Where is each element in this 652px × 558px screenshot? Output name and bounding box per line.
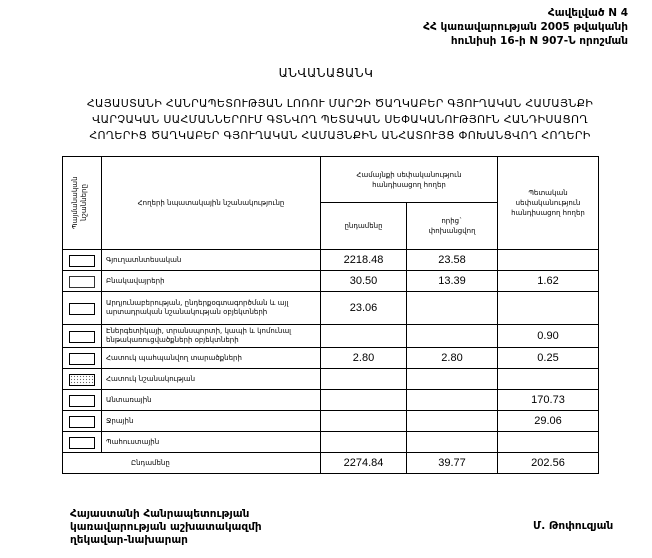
- table-row: Ջրային29.06: [63, 411, 599, 432]
- approval-line-3: հունիսի 16-ի N 907-Ն որոշման: [423, 34, 628, 48]
- legend-swatch-icon: [69, 374, 95, 386]
- land-table: Պայմանական նշանները Հողերի նպատակային նշ…: [62, 156, 599, 474]
- community-total-value: 23.06: [321, 292, 407, 325]
- table-row: Արդյունաբերության, ընդերքօգտագործման և ա…: [63, 292, 599, 325]
- legend-cell: [63, 411, 102, 432]
- legend-cell: [63, 250, 102, 271]
- signatory-name: Մ. Թոփուզյան: [533, 520, 613, 532]
- header-state: Պետական սեփականություն հանդիսացող հողեր: [498, 157, 599, 250]
- header-community-transferred: որից` փոխանցվող: [407, 203, 498, 250]
- approval-line-1: Հավելված N 4: [423, 6, 628, 20]
- community-transferred-value: 23.58: [407, 250, 498, 271]
- community-transferred-value: [407, 292, 498, 325]
- community-total-value: 2218.48: [321, 250, 407, 271]
- legend-cell: [63, 325, 102, 348]
- totals-label: Ընդամենը: [63, 453, 321, 474]
- legend-cell: [63, 432, 102, 453]
- position-line-3: ղեկավար-նախարար: [70, 534, 262, 547]
- community-transferred-value: 13.39: [407, 271, 498, 292]
- state-value: 1.62: [498, 271, 599, 292]
- community-total-value: 2.80: [321, 348, 407, 369]
- subtitle-line-2: ՎԱՐՉԱԿԱՆ ՍԱՀՄԱՆՆԵՐՈՒՄ ԳՏՆՎՈՂ ՊԵՏԱԿԱՆ ՍԵՓ…: [40, 112, 640, 128]
- totals-state: 202.56: [498, 453, 599, 474]
- community-total-value: [321, 390, 407, 411]
- community-transferred-value: [407, 369, 498, 390]
- category-label: Գյուղատնտեսական: [102, 250, 321, 271]
- legend-swatch-icon: [69, 437, 95, 449]
- table-row: Բնակավայրերի30.5013.391.62: [63, 271, 599, 292]
- subtitle-line-1: ՀԱՅԱՍՏԱՆԻ ՀԱՆՐԱՊԵՏՈՒԹՅԱՆ ԼՈՌՈՒ ՄԱՐԶԻ ԾԱՂ…: [40, 96, 640, 112]
- category-label: Հատուկ պահպանվող տարածքների: [102, 348, 321, 369]
- category-label: Էներգետիկայի, տրանսպորտի, կապի և կոմունա…: [102, 325, 321, 348]
- state-value: 0.90: [498, 325, 599, 348]
- category-label: Արդյունաբերության, ընդերքօգտագործման և ա…: [102, 292, 321, 325]
- legend-swatch-icon: [69, 395, 95, 407]
- community-total-value: 30.50: [321, 271, 407, 292]
- approval-line-2: ՀՀ կառավարության 2005 թվականի: [423, 20, 628, 34]
- community-transferred-value: [407, 411, 498, 432]
- position-line-2: կառավարության աշխատակազմի: [70, 521, 262, 534]
- community-transferred-value: [407, 390, 498, 411]
- category-label: Պահուստային: [102, 432, 321, 453]
- approval-note: Հավելված N 4 ՀՀ կառավարության 2005 թվակա…: [423, 6, 628, 48]
- category-label: Հատուկ նշանակության: [102, 369, 321, 390]
- community-transferred-value: 2.80: [407, 348, 498, 369]
- state-value: [498, 432, 599, 453]
- community-total-value: [321, 432, 407, 453]
- totals-community-total: 2274.84: [321, 453, 407, 474]
- state-value: [498, 369, 599, 390]
- position-line-1: Հայաստանի Հանրապետության: [70, 508, 262, 521]
- state-value: 170.73: [498, 390, 599, 411]
- category-label: Ջրային: [102, 411, 321, 432]
- document-title: ԱՆՎԱՆԱՑԱՆԿ: [0, 66, 652, 80]
- category-label: Անտառային: [102, 390, 321, 411]
- header-community-group: Համայնքի սեփականություն հանդիսացող հողեր: [321, 157, 498, 203]
- legend-cell: [63, 369, 102, 390]
- legend-swatch-icon: [69, 276, 95, 288]
- legend-swatch-icon: [69, 303, 95, 315]
- subtitle-line-3: ՀՈՂԵՐԻՑ ԾԱՂԿԱԲԵՐ ԳՅՈՒՂԱԿԱՆ ՀԱՄԱՅՆՔԻՆ ԱՆՀ…: [40, 128, 640, 144]
- table-row: Պահուստային: [63, 432, 599, 453]
- state-value: 0.25: [498, 348, 599, 369]
- legend-cell: [63, 390, 102, 411]
- state-value: [498, 292, 599, 325]
- totals-community-transferred: 39.77: [407, 453, 498, 474]
- state-value: 29.06: [498, 411, 599, 432]
- legend-cell: [63, 292, 102, 325]
- header-community-total: ընդամենը: [321, 203, 407, 250]
- legend-cell: [63, 271, 102, 292]
- table-row: Անտառային170.73: [63, 390, 599, 411]
- community-transferred-value: [407, 432, 498, 453]
- community-transferred-value: [407, 325, 498, 348]
- signatory-position: Հայաստանի Հանրապետության կառավարության ա…: [70, 508, 262, 547]
- state-value: [498, 250, 599, 271]
- community-total-value: [321, 369, 407, 390]
- community-total-value: [321, 325, 407, 348]
- table-row: Հատուկ նշանակության: [63, 369, 599, 390]
- table-row: Էներգետիկայի, տրանսպորտի, կապի և կոմունա…: [63, 325, 599, 348]
- legend-swatch-icon: [69, 255, 95, 267]
- table-row: Գյուղատնտեսական2218.4823.58: [63, 250, 599, 271]
- header-category: Հողերի նպատակային նշանակությունը: [102, 157, 321, 250]
- header-legend: Պայմանական նշանները: [63, 157, 102, 250]
- legend-swatch-icon: [69, 416, 95, 428]
- legend-cell: [63, 348, 102, 369]
- category-label: Բնակավայրերի: [102, 271, 321, 292]
- document-subtitle: ՀԱՅԱՍՏԱՆԻ ՀԱՆՐԱՊԵՏՈՒԹՅԱՆ ԼՈՌՈՒ ՄԱՐԶԻ ԾԱՂ…: [40, 96, 640, 144]
- table-row: Հատուկ պահպանվող տարածքների2.802.800.25: [63, 348, 599, 369]
- legend-swatch-icon: [69, 353, 95, 365]
- totals-row: Ընդամենը2274.8439.77202.56: [63, 453, 599, 474]
- community-total-value: [321, 411, 407, 432]
- legend-swatch-icon: [69, 331, 95, 343]
